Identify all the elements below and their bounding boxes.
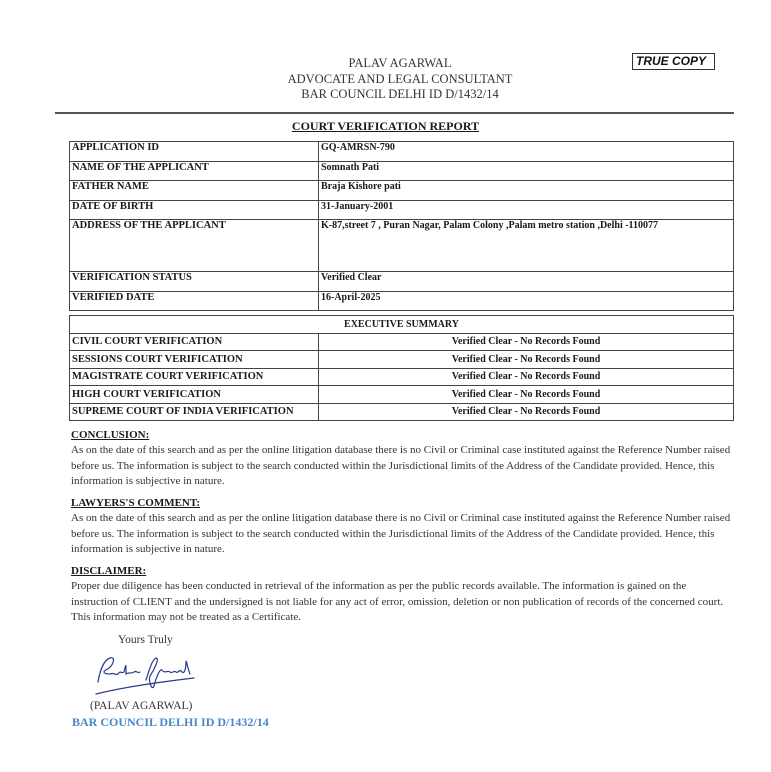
table-row: HIGH COURT VERIFICATION Verified Clear -…	[70, 386, 734, 404]
table-row: VERIFIED DATE 16-April-2025	[70, 291, 734, 311]
disclaimer-text: Proper due diligence has been conducted …	[71, 579, 731, 625]
signer-bar-id: BAR COUNCIL DELHI ID D/1432/14	[72, 715, 269, 730]
court-label: CIVIL COURT VERIFICATION	[70, 333, 319, 351]
info-value: 16-April-2025	[319, 291, 734, 311]
court-status: Verified Clear - No Records Found	[319, 386, 734, 404]
court-status: Verified Clear - No Records Found	[319, 333, 734, 351]
table-row: FATHER NAME Braja Kishore pati	[70, 181, 734, 201]
disclaimer-section: DISCLAIMER: Proper due diligence has bee…	[71, 564, 731, 625]
closing-text: Yours Truly	[118, 634, 173, 646]
table-row: ADDRESS OF THE APPLICANT K-87,street 7 ,…	[70, 220, 734, 272]
info-label: VERIFIED DATE	[70, 291, 319, 311]
lawyers-comment-text: As on the date of this search and as per…	[71, 511, 731, 557]
executive-summary-table: EXECUTIVE SUMMARY CIVIL COURT VERIFICATI…	[69, 315, 734, 421]
court-label: SESSIONS COURT VERIFICATION	[70, 351, 319, 369]
table-row: NAME OF THE APPLICANT Somnath Pati	[70, 161, 734, 181]
executive-summary-title: EXECUTIVE SUMMARY	[70, 316, 734, 334]
info-label: VERIFICATION STATUS	[70, 272, 319, 292]
table-row: MAGISTRATE COURT VERIFICATION Verified C…	[70, 368, 734, 386]
court-label: MAGISTRATE COURT VERIFICATION	[70, 368, 319, 386]
info-label: APPLICATION ID	[70, 142, 319, 162]
court-label: HIGH COURT VERIFICATION	[70, 386, 319, 404]
court-status: Verified Clear - No Records Found	[319, 368, 734, 386]
true-copy-stamp: TRUE COPY	[632, 53, 715, 70]
advocate-designation: ADVOCATE AND LEGAL CONSULTANT	[200, 72, 600, 88]
info-label: FATHER NAME	[70, 181, 319, 201]
letterhead: PALAV AGARWAL ADVOCATE AND LEGAL CONSULT…	[200, 56, 600, 103]
info-label: ADDRESS OF THE APPLICANT	[70, 220, 319, 272]
disclaimer-heading: DISCLAIMER:	[71, 564, 731, 579]
court-status: Verified Clear - No Records Found	[319, 403, 734, 421]
header-divider	[55, 112, 734, 114]
table-header-row: EXECUTIVE SUMMARY	[70, 316, 734, 334]
table-row: APPLICATION ID GQ-AMRSN-790	[70, 142, 734, 162]
info-value: Verified Clear	[319, 272, 734, 292]
info-value: K-87,street 7 , Puran Nagar, Palam Colon…	[319, 220, 734, 272]
info-value: 31-January-2001	[319, 200, 734, 220]
court-label: SUPREME COURT OF INDIA VERIFICATION	[70, 403, 319, 421]
table-row: DATE OF BIRTH 31-January-2001	[70, 200, 734, 220]
advocate-bar-id: BAR COUNCIL DELHI ID D/1432/14	[200, 87, 600, 103]
signer-name: (PALAV AGARWAL)	[90, 700, 192, 712]
advocate-name: PALAV AGARWAL	[200, 56, 600, 72]
conclusion-heading: CONCLUSION:	[71, 428, 731, 443]
conclusion-section: CONCLUSION: As on the date of this searc…	[71, 428, 731, 489]
info-value: Braja Kishore pati	[319, 181, 734, 201]
info-label: NAME OF THE APPLICANT	[70, 161, 319, 181]
table-row: SESSIONS COURT VERIFICATION Verified Cle…	[70, 351, 734, 369]
info-value: Somnath Pati	[319, 161, 734, 181]
table-row: SUPREME COURT OF INDIA VERIFICATION Veri…	[70, 403, 734, 421]
lawyers-comment-section: LAWYERS'S COMMENT: As on the date of thi…	[71, 496, 731, 557]
lawyers-comment-heading: LAWYERS'S COMMENT:	[71, 496, 731, 511]
report-title: COURT VERIFICATION REPORT	[0, 119, 771, 134]
applicant-info-table: APPLICATION ID GQ-AMRSN-790 NAME OF THE …	[69, 141, 734, 311]
table-row: CIVIL COURT VERIFICATION Verified Clear …	[70, 333, 734, 351]
info-value: GQ-AMRSN-790	[319, 142, 734, 162]
court-status: Verified Clear - No Records Found	[319, 351, 734, 369]
signature-icon	[90, 652, 200, 697]
table-row: VERIFICATION STATUS Verified Clear	[70, 272, 734, 292]
info-label: DATE OF BIRTH	[70, 200, 319, 220]
conclusion-text: As on the date of this search and as per…	[71, 443, 731, 489]
